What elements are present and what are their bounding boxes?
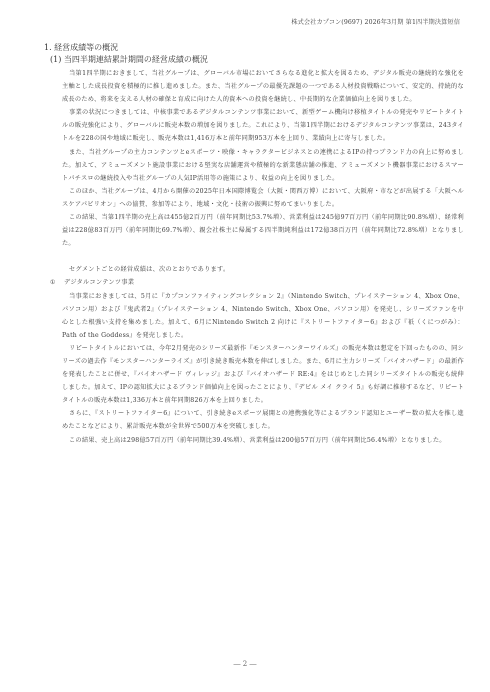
paragraph-results: この結果、当第1四半期の売上高は455億2百万円（前年同期比53.7%増）、営業… (62, 211, 464, 250)
segment-number: ① (50, 276, 64, 289)
page-number: ― 2 ― (0, 660, 490, 668)
segment-heading: ①デジタルコンテンツ事業 (50, 276, 464, 289)
section-heading: 1. 経営成績等の概況 (44, 43, 464, 53)
section-subheading: (1) 当四半期連結累計期間の経営成績の概況 (50, 55, 464, 65)
paragraph-segment-intro: セグメントごとの経営成績は、次のとおりであります。 (62, 263, 464, 276)
document-header: 株式会社カプコン(9697) 2026年3月期 第1四半期決算短信 (291, 17, 460, 26)
paragraph-expo: このほか、当社グループは、4月から開催の2025年日本国際博覧会（大阪・関西万博… (62, 185, 464, 211)
paragraph-segment-results: この結果、売上高は298億57百万円（前年同期比39.4%増）、営業利益は200… (62, 434, 464, 447)
document-body: 1. 経営成績等の概況 (1) 当四半期連結累計期間の経営成績の概況 当第1四半… (44, 43, 464, 447)
paragraph-overview: 当第1四半期におきまして、当社グループは、グローバル市場においてさらなる進化と拡… (62, 67, 464, 106)
segment-title: デジタルコンテンツ事業 (64, 279, 134, 286)
paragraph-segment-sf6: さらに、『ストリートファイター6』について、引き続きeスポーツ展開との連携強化等… (62, 407, 464, 433)
paragraph-segment-repeat: リピートタイトルにおいては、今年2月発売のシリーズ最新作『モンスターハンターワイ… (62, 342, 464, 407)
paragraph-business-status: 事業の状況につきましては、中核事業であるデジタルコンテンツ事業において、新型ゲー… (62, 106, 464, 145)
paragraph-brand: また、当社グループの主力コンテンツとeスポーツ・映像・キャラクタービジネスとの連… (62, 146, 464, 185)
paragraph-segment-releases: 当事業におきましては、5月に『カプコンファイティングコレクション 2』（Nint… (62, 290, 464, 342)
document-page: 株式会社カプコン(9697) 2026年3月期 第1四半期決算短信 1. 経営成… (0, 0, 490, 692)
